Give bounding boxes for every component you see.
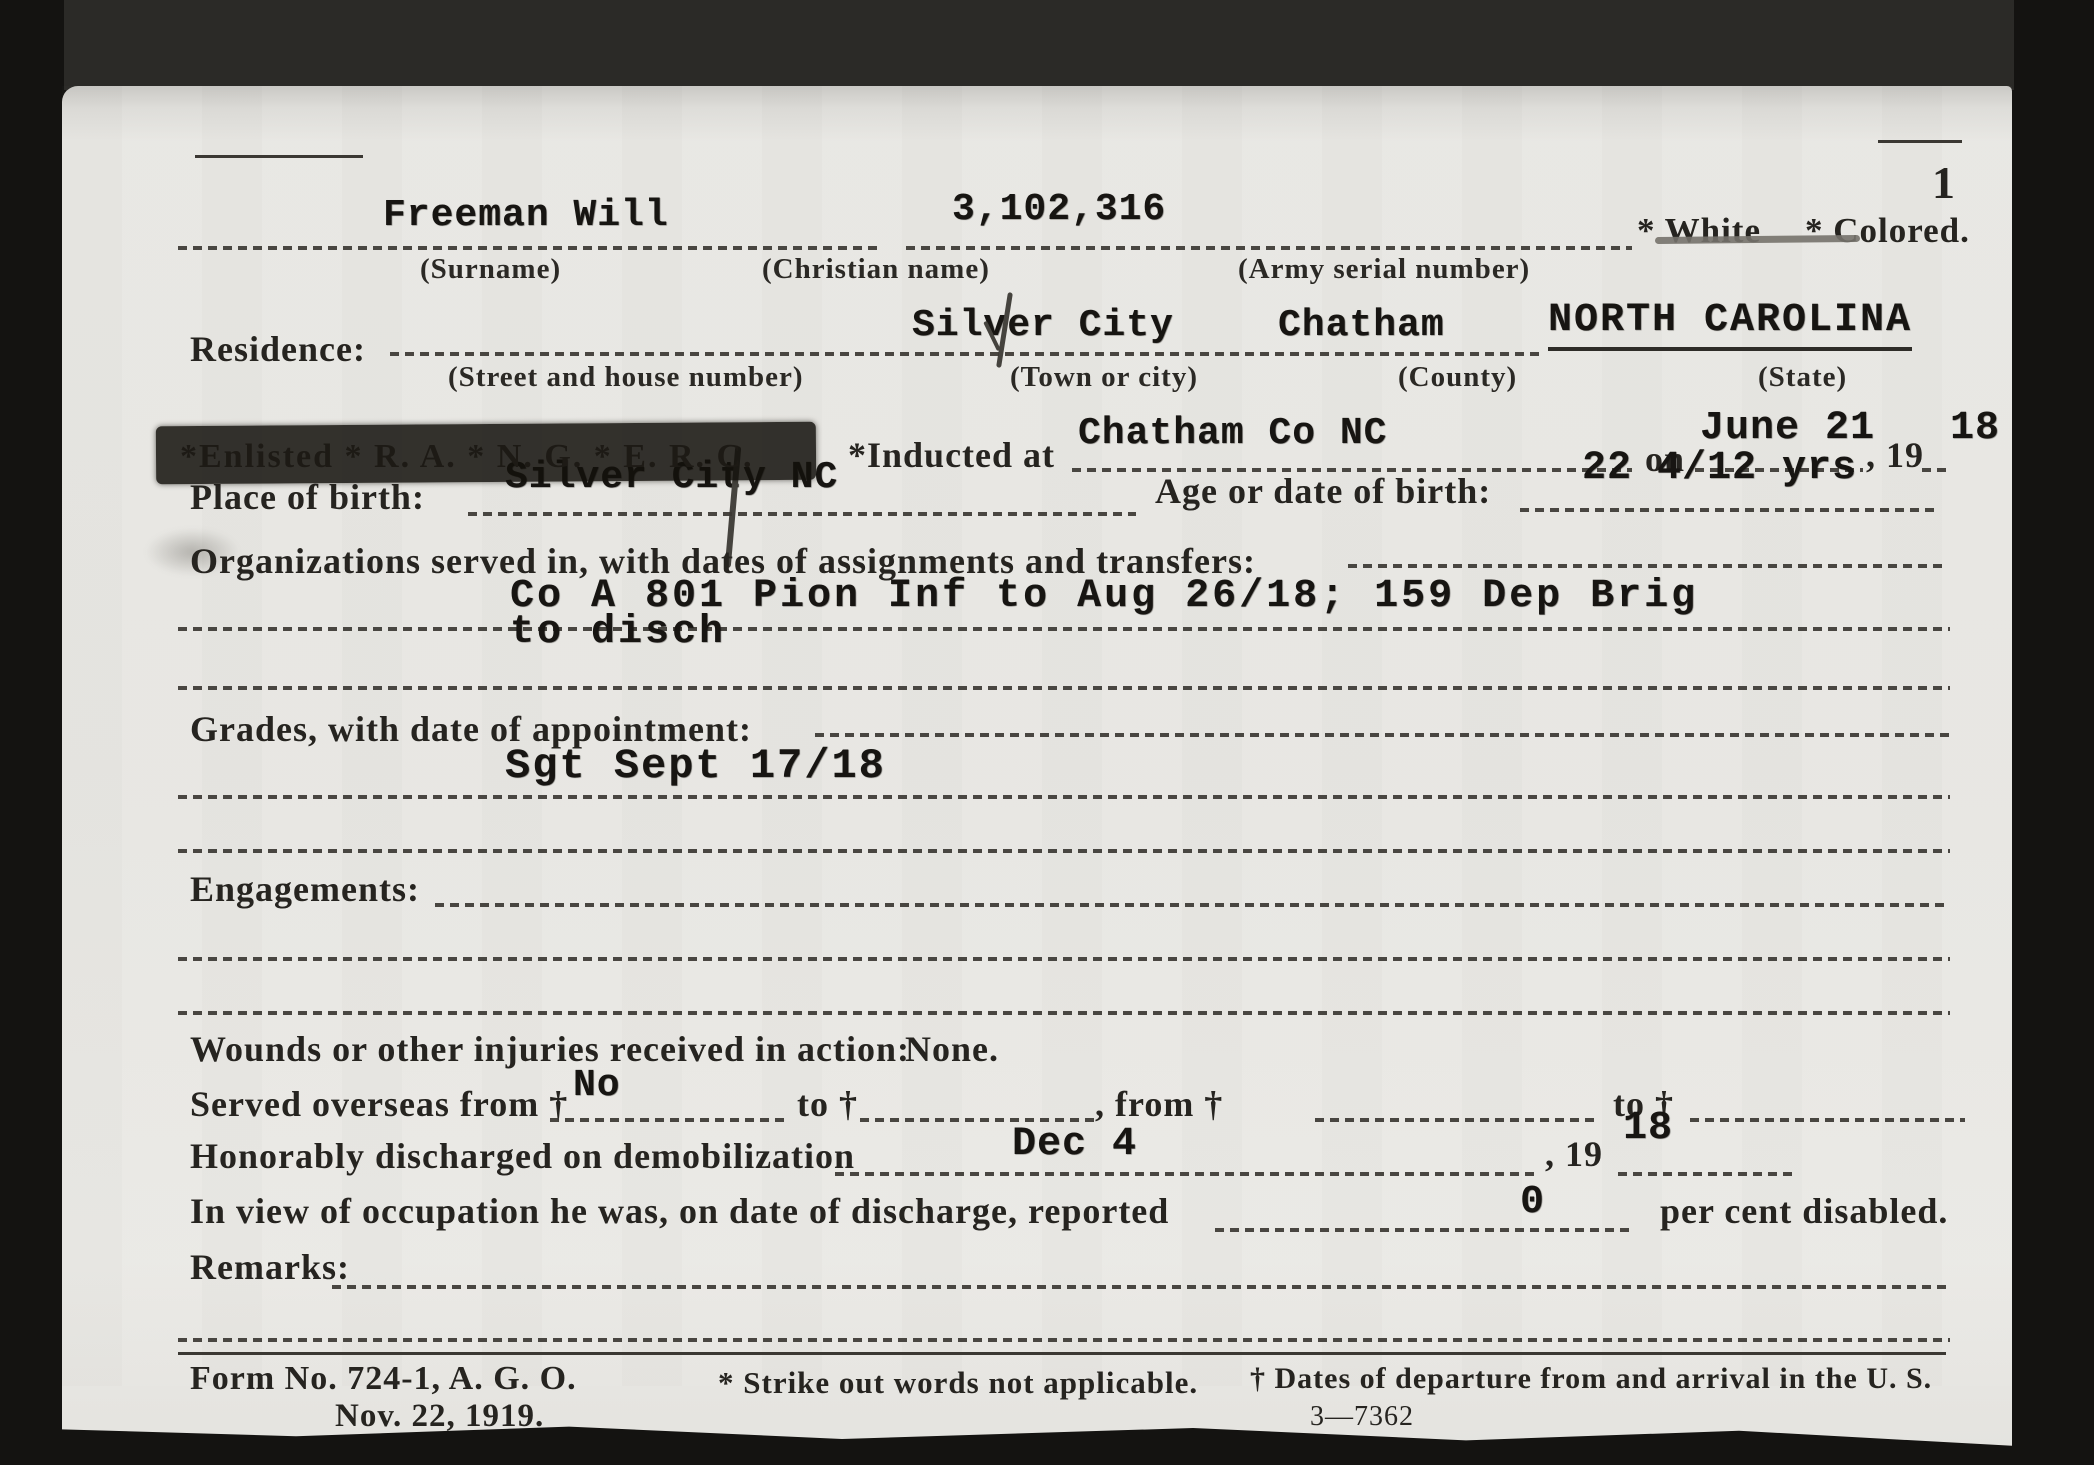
disability-label: In view of occupation he was, on date of…	[190, 1192, 1169, 1232]
discharge-year-value: 18	[1623, 1108, 1673, 1150]
discharge-date-value: Dec 4	[1012, 1124, 1137, 1166]
grades-line2	[178, 849, 1950, 853]
overseas-label: Served overseas from †	[190, 1085, 568, 1125]
engagements-label-line	[435, 903, 1950, 907]
inducted-at-label: *Inducted at	[848, 436, 1055, 476]
grades-line1	[178, 795, 1950, 799]
discharge-date-line	[835, 1172, 1535, 1176]
induction-year-value: 18	[1950, 408, 2000, 450]
residence-town-value: Silver City	[912, 306, 1174, 346]
overseas-from2-label: , from †	[1095, 1085, 1223, 1125]
age-value: 22 4/12 yrs	[1582, 448, 1857, 490]
engagements-label: Engagements:	[190, 870, 420, 910]
year-19-prefix: , 19	[1866, 436, 1924, 476]
induction-date-value: June 21	[1700, 408, 1875, 450]
name-line	[178, 246, 878, 250]
organizations-line1	[178, 627, 1950, 631]
induction-place-value: Chatham Co NC	[1078, 414, 1387, 454]
residence-label: Residence:	[190, 330, 366, 370]
page-number-overline	[1878, 140, 1962, 143]
print-code: 3—7362	[1310, 1402, 1414, 1433]
age-line	[1520, 508, 1940, 512]
remarks-line	[332, 1285, 1950, 1289]
strike-note: * Strike out words not applicable.	[718, 1366, 1198, 1400]
service-card-scan: 1 Freeman Will 3,102,316 * White * Color…	[0, 0, 2094, 1465]
remarks-label: Remarks:	[190, 1248, 350, 1288]
grades-value: Sgt Sept 17/18	[505, 744, 886, 788]
discharge-label: Honorably discharged on demobilization	[190, 1137, 855, 1177]
state-label: (State)	[1758, 362, 1847, 394]
town-label: (Town or city)	[1010, 362, 1198, 394]
discharge-year-line	[1618, 1172, 1796, 1176]
wounds-label: Wounds or other injuries received in act…	[190, 1030, 910, 1070]
form-number: Form No. 724-1, A. G. O.	[190, 1360, 577, 1397]
induction-year-line	[1922, 468, 1946, 472]
grades-label-line	[815, 733, 1950, 737]
age-label: Age or date of birth:	[1155, 472, 1491, 512]
engagements-line2	[178, 1011, 1950, 1015]
residence-line	[390, 352, 1540, 356]
county-label: (County)	[1398, 362, 1517, 394]
engagements-line1	[178, 957, 1950, 961]
serial-line	[906, 246, 1632, 250]
christian-name-label: (Christian name)	[762, 254, 990, 286]
disability-suffix: per cent disabled.	[1660, 1192, 1948, 1232]
street-label: (Street and house number)	[448, 362, 804, 394]
overseas-from1-line	[550, 1118, 785, 1122]
name-value: Freeman Will	[383, 196, 669, 236]
footer-solid-rule	[178, 1352, 1946, 1355]
residence-state-value: NORTH CAROLINA	[1548, 300, 1912, 351]
service-card	[62, 86, 2012, 1454]
redaction-bar	[156, 422, 816, 485]
disability-line	[1215, 1228, 1635, 1232]
overseas-from1-value: No	[573, 1066, 621, 1106]
overseas-to1-label: to †	[797, 1085, 858, 1125]
residence-county-value: Chatham	[1278, 306, 1445, 346]
discharge-year-prefix: , 19	[1545, 1135, 1603, 1175]
surname-label: (Surname)	[420, 254, 561, 286]
form-date: Nov. 22, 1919.	[335, 1398, 544, 1434]
place-of-birth-label: Place of birth:	[190, 478, 425, 518]
organizations-value-line2: to disch	[510, 612, 726, 654]
top-left-tick	[195, 155, 363, 158]
race-option-colored: * Colored.	[1805, 212, 1970, 251]
organizations-label-line	[1348, 564, 1948, 568]
race-option-white: * White	[1637, 212, 1761, 251]
dagger-note: † Dates of departure from and arrival in…	[1250, 1362, 1932, 1395]
place-of-birth-line	[468, 512, 1136, 516]
overseas-to2-line	[1690, 1118, 1965, 1122]
footer-dashed-rule	[178, 1338, 1950, 1342]
serial-number-label: (Army serial number)	[1238, 254, 1530, 286]
disability-value: 0	[1520, 1182, 1545, 1224]
overseas-from2-line	[1315, 1118, 1595, 1122]
page-number: 1	[1932, 158, 1956, 209]
wounds-value: None.	[905, 1030, 999, 1070]
serial-value: 3,102,316	[952, 190, 1166, 230]
organizations-line2	[178, 686, 1950, 690]
scan-top-shadow	[64, 0, 2014, 90]
